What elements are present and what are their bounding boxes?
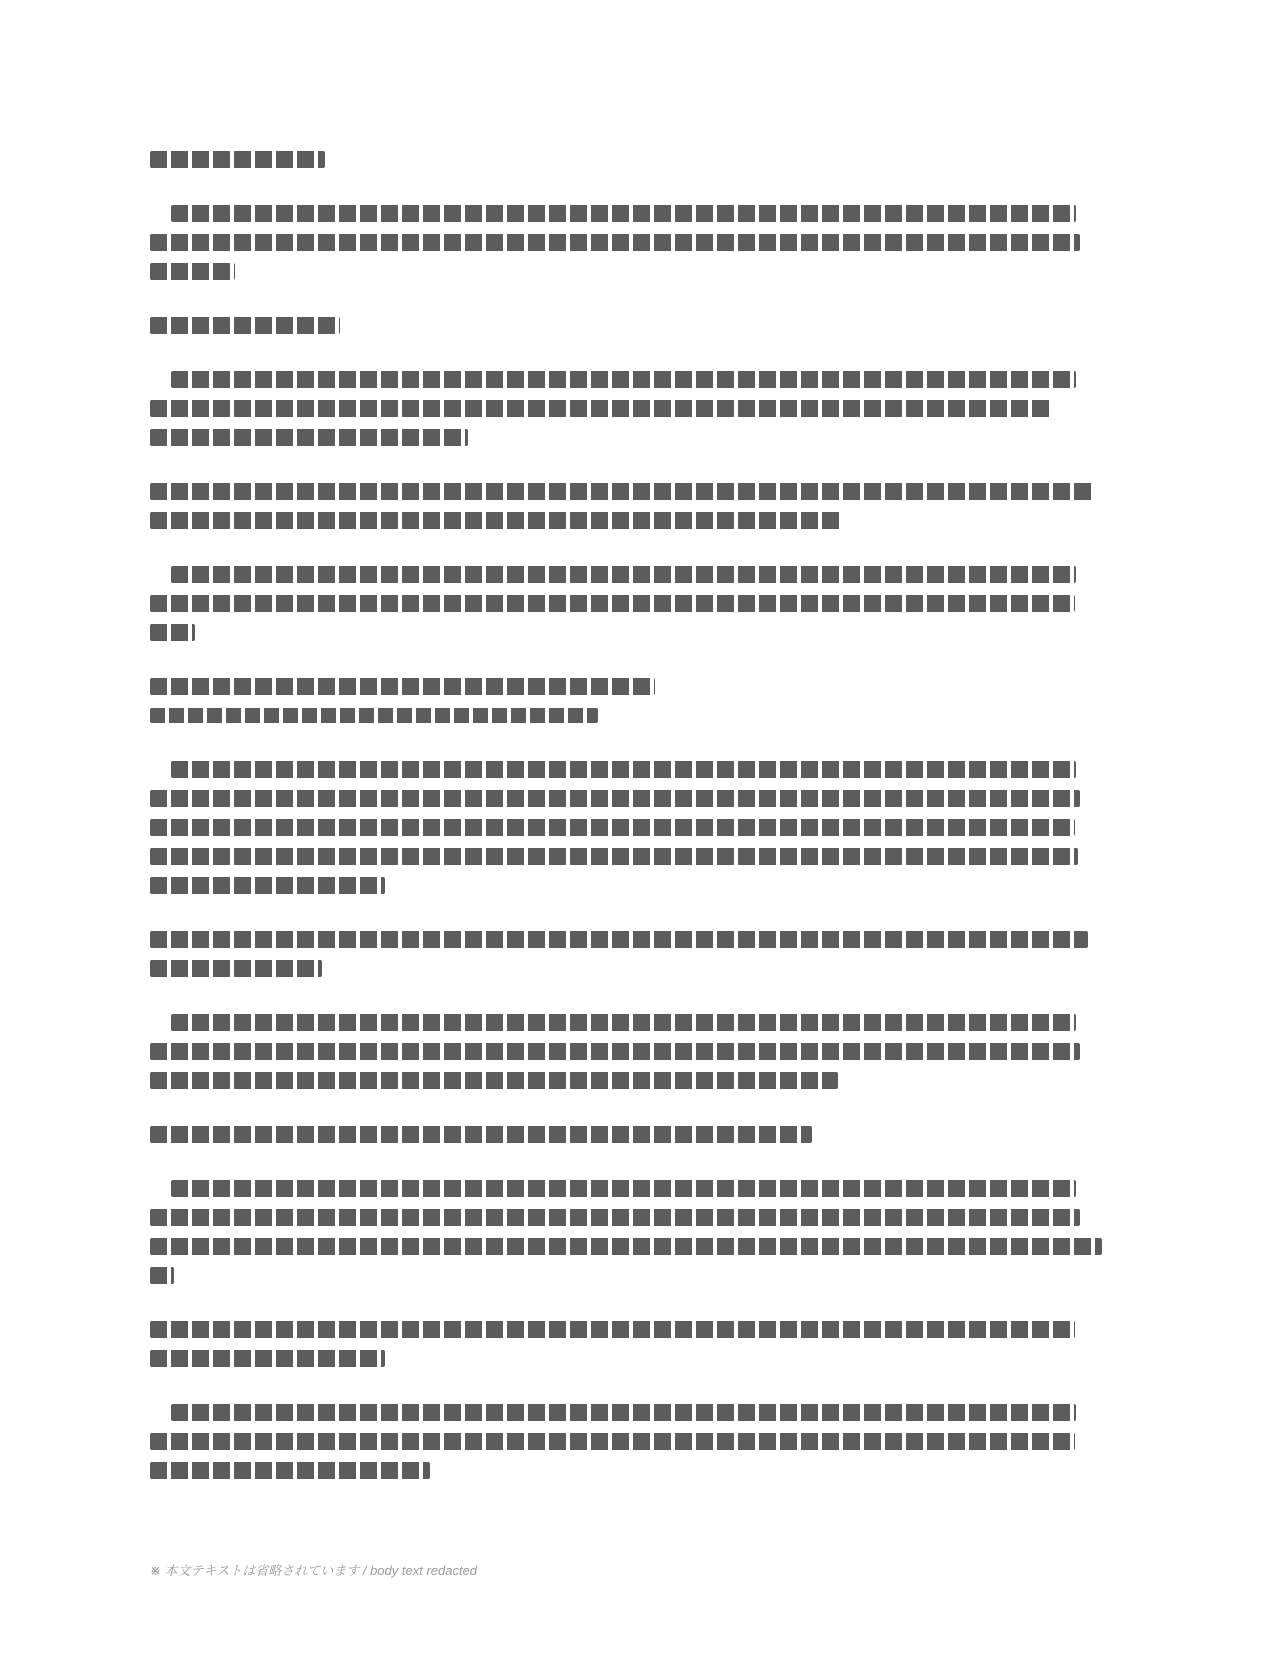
- redacted-text-run: [150, 1267, 174, 1284]
- redacted-text-run: [171, 205, 1076, 222]
- paragraph-narration: [150, 365, 1140, 452]
- paragraph-dialogue: [150, 672, 1140, 701]
- text-line: [150, 871, 1140, 900]
- redacted-text-run: [150, 678, 655, 695]
- redacted-text-run: [150, 1126, 812, 1143]
- text-line: [150, 477, 1140, 506]
- text-line: [150, 618, 1140, 647]
- redacted-text-run: [150, 819, 1075, 836]
- paragraph-dialogue: [150, 145, 1140, 174]
- redacted-text-run: [150, 848, 1078, 865]
- paragraph-narration: [150, 199, 1140, 286]
- redacted-text-run: [150, 960, 322, 977]
- text-line: [150, 1398, 1140, 1427]
- paragraph-narration: [150, 560, 1140, 647]
- document-page: { "page": { "background": "#ffffff", "te…: [0, 0, 1280, 1657]
- redacted-text-run: [171, 1404, 1076, 1421]
- paragraph-dialogue: [150, 925, 1140, 983]
- redacted-text-run: [150, 624, 195, 641]
- redaction-notice: ※ 本文テキストは省略されています / body text redacted: [150, 1560, 477, 1579]
- paragraph-aside: [150, 701, 1140, 730]
- paragraph-dialogue: [150, 1315, 1140, 1373]
- redacted-text-run: [150, 1462, 430, 1479]
- redacted-text-run: [171, 1180, 1076, 1197]
- redacted-text-run: [150, 708, 598, 723]
- text-line: [150, 506, 1140, 535]
- redacted-text-run: [150, 1433, 1075, 1450]
- text-line: [150, 311, 1140, 340]
- redacted-text-run: [150, 512, 840, 529]
- redacted-text-run: [171, 371, 1076, 388]
- text-line: [150, 1261, 1140, 1290]
- text-line: [150, 1120, 1140, 1149]
- text-line: [150, 145, 1140, 174]
- text-line: [150, 1344, 1140, 1373]
- redacted-text-run: [150, 151, 325, 168]
- text-line: [150, 199, 1140, 228]
- redacted-text-run: [150, 429, 468, 446]
- text-line: [150, 365, 1140, 394]
- redacted-text-run: [150, 931, 1088, 948]
- redacted-text-run: [150, 483, 1095, 500]
- redacted-text-run: [150, 1350, 385, 1367]
- paragraph-narration: [150, 1008, 1140, 1095]
- text-line: [150, 954, 1140, 983]
- paragraph-dialogue: [150, 311, 1140, 340]
- redacted-text-run: [150, 1209, 1080, 1226]
- text-line: [150, 589, 1140, 618]
- text-line: [150, 1232, 1140, 1261]
- text-line: [150, 257, 1140, 286]
- text-line: [150, 1456, 1140, 1485]
- text-line: [150, 1203, 1140, 1232]
- redacted-text-run: [150, 1043, 1080, 1060]
- text-line: [150, 1174, 1140, 1203]
- redacted-text-run: [150, 877, 385, 894]
- redacted-text-run: [150, 400, 1050, 417]
- redacted-text-run: [171, 761, 1076, 778]
- redacted-text-run: [150, 595, 1075, 612]
- redacted-text-run: [171, 566, 1076, 583]
- paragraph-narration: [150, 1398, 1140, 1485]
- text-line: [150, 228, 1140, 257]
- text-line: [150, 842, 1140, 871]
- redacted-text-run: [150, 234, 1080, 251]
- redacted-text-run: [150, 1321, 1075, 1338]
- redacted-text-run: [150, 263, 235, 280]
- redacted-text-run: [171, 1014, 1076, 1031]
- paragraph-narration: [150, 755, 1140, 900]
- redacted-text-run: [150, 1238, 1102, 1255]
- text-line: [150, 1427, 1140, 1456]
- paragraph-narration: [150, 1174, 1140, 1290]
- text-line: [150, 1066, 1140, 1095]
- text-body: [150, 145, 1140, 1510]
- text-line: [150, 423, 1140, 452]
- redacted-text-run: [150, 317, 340, 334]
- text-line: [150, 701, 1140, 730]
- text-line: [150, 925, 1140, 954]
- paragraph-dialogue: [150, 477, 1140, 535]
- paragraph-dialogue: [150, 1120, 1140, 1149]
- text-line: [150, 784, 1140, 813]
- text-line: [150, 672, 1140, 701]
- text-line: [150, 813, 1140, 842]
- text-line: [150, 755, 1140, 784]
- text-line: [150, 394, 1140, 423]
- redacted-text-run: [150, 1072, 838, 1089]
- text-line: [150, 1037, 1140, 1066]
- text-line: [150, 560, 1140, 589]
- text-line: [150, 1008, 1140, 1037]
- text-line: [150, 1315, 1140, 1344]
- redacted-text-run: [150, 790, 1080, 807]
